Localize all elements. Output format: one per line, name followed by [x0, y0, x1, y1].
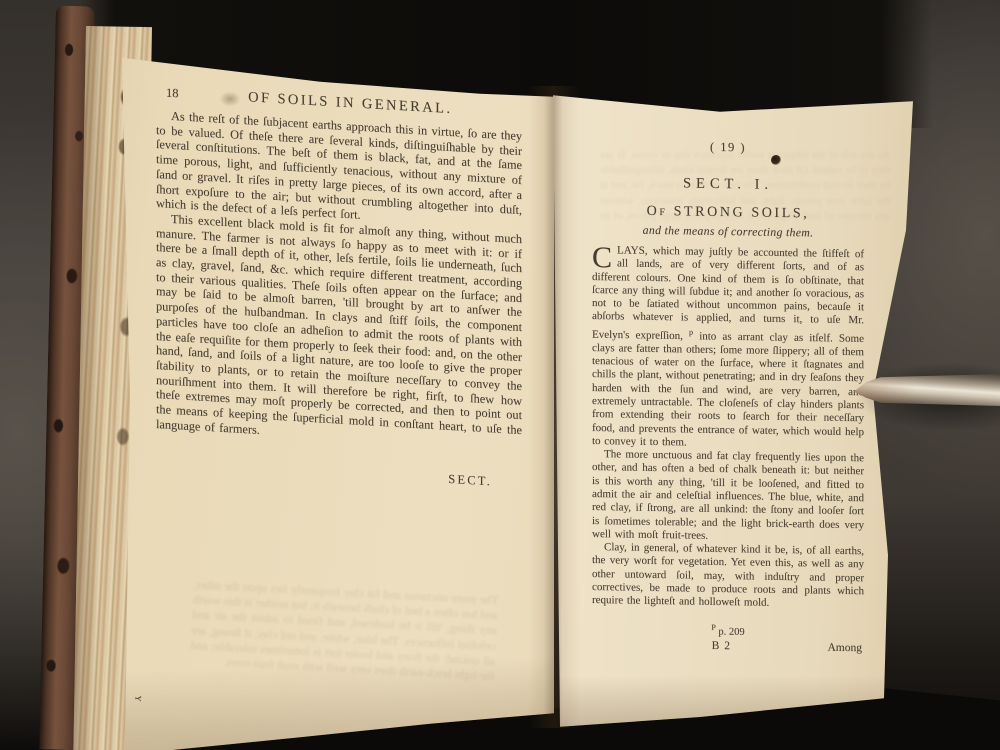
folio-number: ( 19 )	[592, 138, 864, 157]
ink-spot	[771, 155, 781, 165]
gutter-shadow	[528, 86, 580, 728]
footnote-ref: P	[711, 623, 715, 632]
stray-mark: ʏ	[131, 695, 146, 702]
chapter-title: Of STRONG SOILS,	[592, 203, 864, 223]
chapter-subtitle: and the means of correcting them.	[592, 222, 864, 241]
page-number: 18	[166, 86, 179, 102]
left-page-body: As the reſt of the ſubjacent earths appr…	[156, 108, 522, 453]
paragraph-text: LAYS, which may juſtly be accounted the …	[592, 244, 864, 342]
paragraph: Clay, in general, of whatever kind it be…	[592, 541, 864, 612]
section-heading: SECT. I.	[592, 174, 864, 195]
drop-cap: C	[592, 244, 617, 270]
left-page-text: 18 OF SOILS IN GENERAL. As the reſt of t…	[156, 84, 522, 492]
footnote: P p. 209	[592, 621, 864, 640]
letter-opener	[850, 350, 1000, 430]
bleedthrough-text-left: The more unctuous and fat clay frequentl…	[186, 577, 498, 743]
paragraph: CLAYS, which may juſtly be accounted the…	[592, 244, 864, 452]
right-page-text: ( 19 ) SECT. I. Of STRONG SOILS, and the…	[592, 138, 864, 658]
paragraph: The more unctuous and fat clay frequentl…	[592, 448, 864, 545]
right-page-body: CLAYS, which may juſtly be accounted the…	[592, 244, 864, 612]
catchword: Among	[828, 642, 863, 655]
footnote-marker: p	[689, 327, 693, 336]
footnote-text: p. 209	[718, 626, 744, 637]
paragraph-text: into as arrant clay as itſelf. Some clay…	[592, 330, 864, 448]
signature-mark: B 2	[712, 640, 731, 652]
book-photo: The more unctuous and fat clay frequentl…	[0, 0, 1000, 750]
paragraph: This excellent black mold is fit for alm…	[156, 211, 522, 453]
